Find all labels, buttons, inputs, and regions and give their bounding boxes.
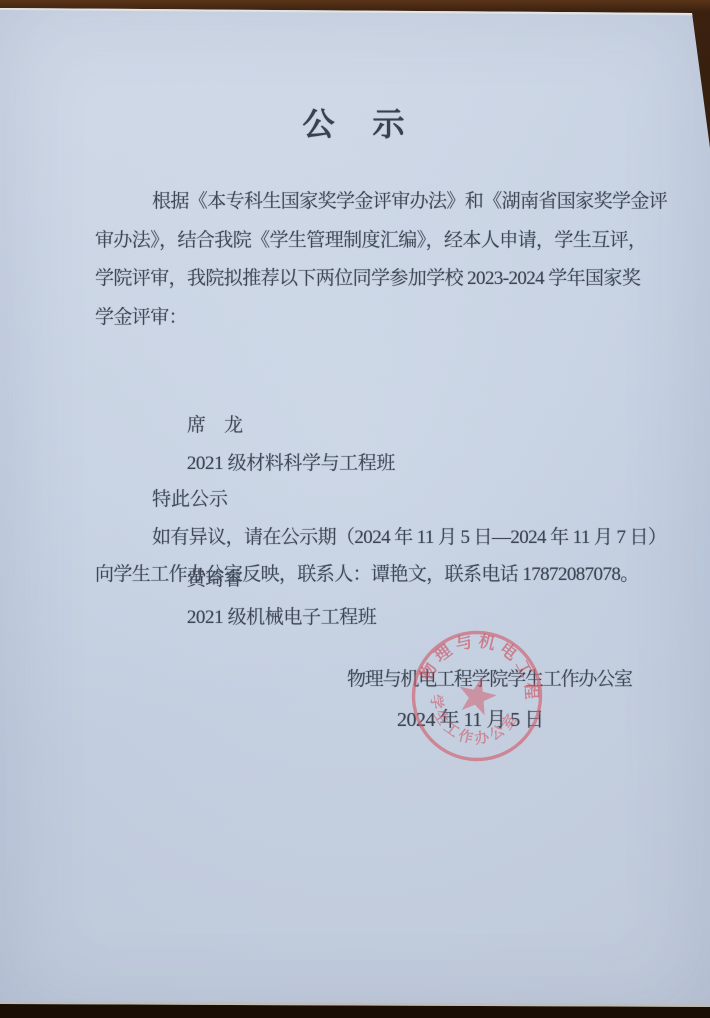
student-class: 2021 级机械电子工程班: [187, 607, 377, 628]
intro-line: 审办法》，结合我院《学生管理制度汇编》，经本人申请，学生互评，: [95, 222, 667, 261]
appeal-line: 如有异议，请在公示期（2024 年 11 月 5 日—2024 年 11 月 7…: [95, 520, 666, 557]
intro-line: 学金评审：: [95, 299, 667, 338]
paper-bottom-edge: [0, 1001, 710, 1007]
intro-line: 学院评审，我院拟推荐以下两位同学参加学校 2023-2024 学年国家奖: [95, 260, 667, 299]
student-class: 2021 级材料科学与工程班: [187, 453, 395, 474]
photo-background: 公 示 根据《本专科生国家奖学金评审办法》和《湖南省国家奖学金评 审办法》，结合…: [0, 0, 710, 1018]
document-page: 公 示 根据《本专科生国家奖学金评审办法》和《湖南省国家奖学金评 审办法》，结合…: [0, 0, 710, 1018]
page-title: 公 示: [0, 99, 710, 145]
appeal-line: 向学生工作办公室反映，联系人：谭艳文，联系电话 17872087078。: [95, 557, 666, 594]
appeal-paragraph: 如有异议，请在公示期（2024 年 11 月 5 日—2024 年 11 月 7…: [95, 520, 666, 593]
intro-line: 根据《本专科生国家奖学金评审办法》和《湖南省国家奖学金评: [95, 183, 667, 222]
seal-star-icon: [455, 673, 500, 717]
conclusion-text: 特此公示: [152, 481, 228, 519]
student-name: 席 龙: [187, 407, 255, 446]
official-seal: 物理与机电工程 学生工作办公室: [395, 614, 559, 778]
intro-paragraph: 根据《本专科生国家奖学金评审办法》和《湖南省国家奖学金评 审办法》，结合我院《学…: [95, 183, 667, 337]
paper-top-edge: [0, 7, 710, 16]
